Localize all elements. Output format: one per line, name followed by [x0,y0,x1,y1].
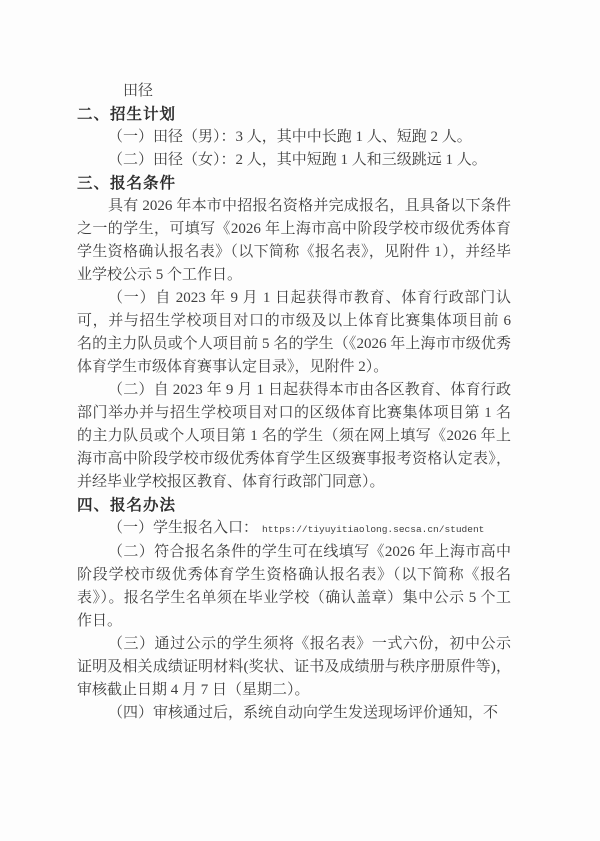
para-condition-city-level: （一）自 2023 年 9 月 1 日起获得市教育、体育行政部门认可，并与招生学… [77,287,511,379]
para-condition-district-level: （二）自 2023 年 9 月 1 日起获得本市由各区教育、体育行政部门举办并与… [77,379,511,494]
para-procedure-online-form: （二）符合报名条件的学生可在线填写《2026 年上海市高中阶段学校市级优秀体育学… [77,541,511,633]
para-track-male-quota: （一）田径（男）：3 人，其中中长跑 1 人、短跑 2 人。 [77,126,511,149]
heading-registration-procedure: 四、报名办法 [77,494,511,517]
heading-registration-conditions: 三、报名条件 [77,172,511,195]
registration-entry-url: https://tiyuyitiaolong.secsa.cn/student [258,524,484,535]
para-procedure-evaluation-notice: （四）审核通过后，系统自动向学生发送现场评价通知，不 [77,702,511,725]
heading-enrollment-plan: 二、招生计划 [77,103,511,126]
document-body: 田径 二、招生计划 （一）田径（男）：3 人，其中中长跑 1 人、短跑 2 人。… [77,80,511,725]
sport-item-track-and-field: 田径 [77,80,511,103]
para-track-female-quota: （二）田径（女）：2 人，其中短跑 1 人和三级跳远 1 人。 [77,149,511,172]
para-registration-entry: （一）学生报名入口：https://tiyuyitiaolong.secsa.c… [77,517,511,541]
para-procedure-materials-deadline: （三）通过公示的学生须将《报名表》一式六份，初中公示证明及相关成绩证明材料(奖状… [77,633,511,702]
registration-entry-label: （一）学生报名入口： [108,520,258,536]
document-page: 田径 二、招生计划 （一）田径（男）：3 人，其中中长跑 1 人、短跑 2 人。… [0,0,600,841]
para-conditions-intro: 具有 2026 年本市中招报名资格并完成报名，且具备以下条件之一的学生，可填写《… [77,195,511,287]
